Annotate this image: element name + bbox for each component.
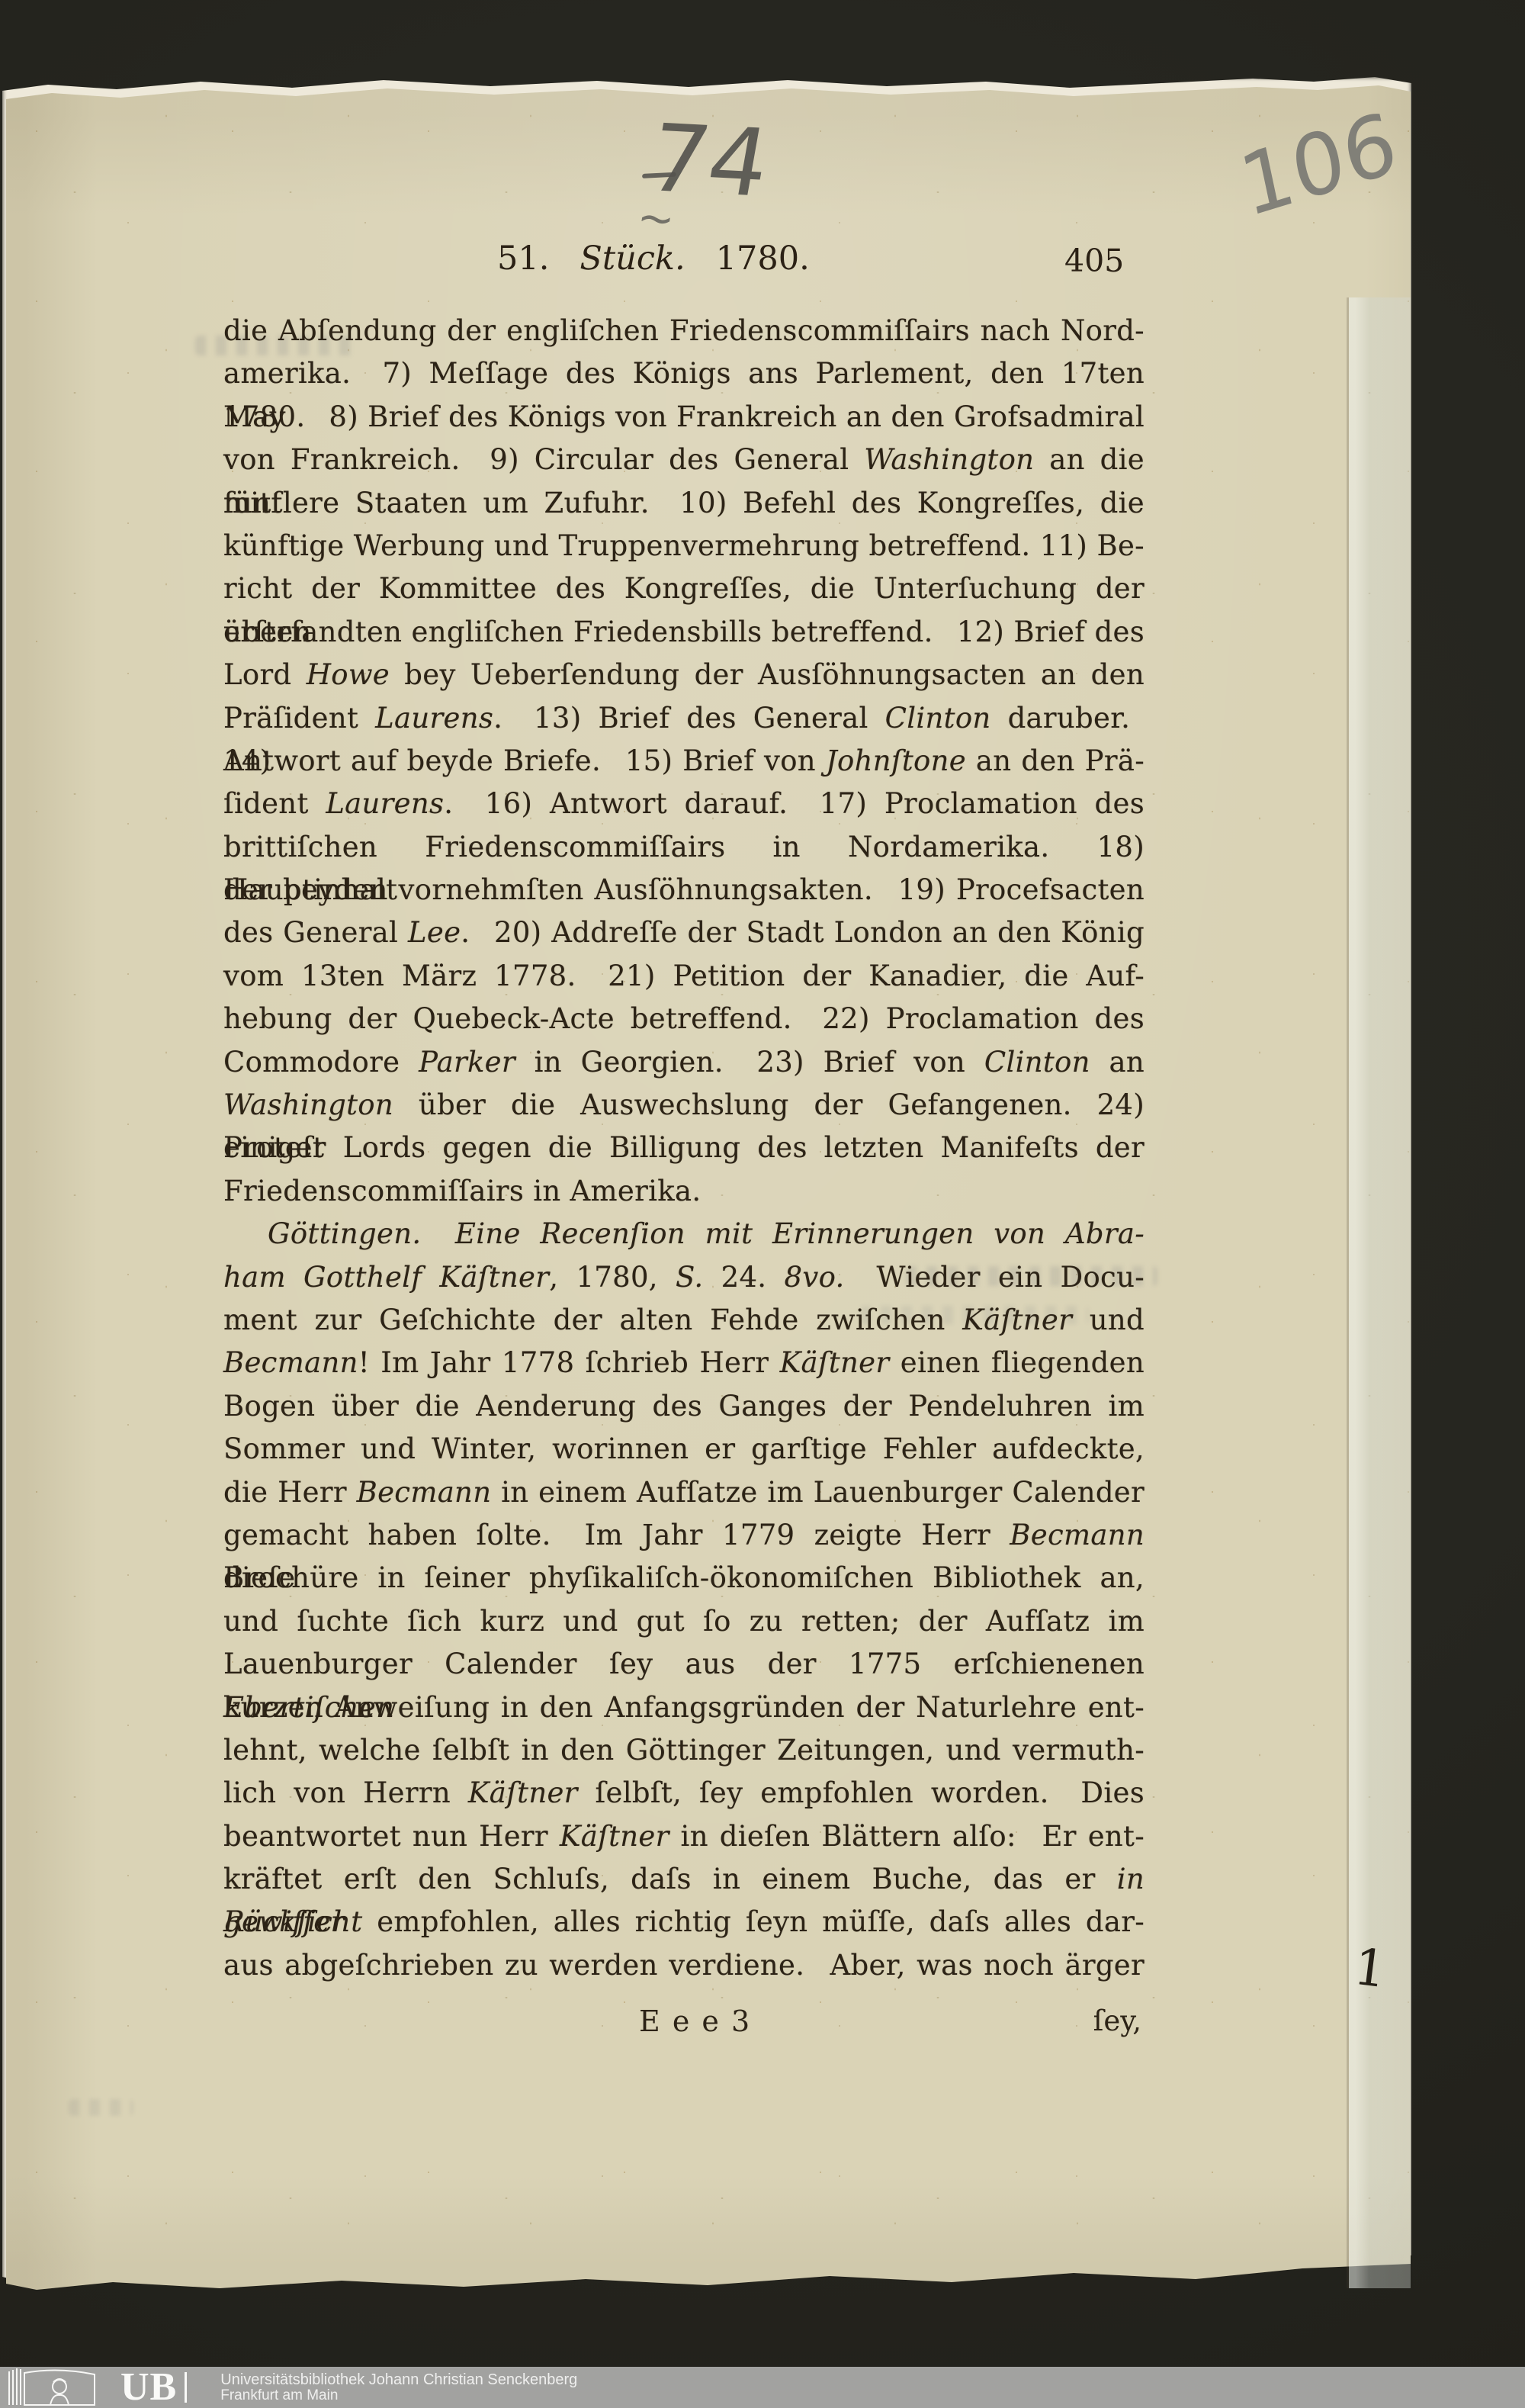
text-segment: hebung der Quebeck-Acte betreffend. 22) … (223, 1002, 1145, 1035)
ub-logo-text: UB (120, 2367, 177, 2408)
running-head: 51. Stück. 1780. (497, 240, 810, 278)
text-line: und ſuchte ſich kurz und gut ſo zu rette… (223, 1600, 1145, 1643)
text-line: brittiſchen Friedenscommiſſairs in Norda… (223, 826, 1145, 869)
text-segment-italic: Becmann (223, 1346, 358, 1379)
text-line: Friedenscommiſſairs in Amerika. (223, 1170, 1145, 1213)
text-line: lehnt, welche ſelbſt in den Göttinger Ze… (223, 1729, 1145, 1772)
text-line: Sommer und Winter, worinnen er garſtige … (223, 1428, 1145, 1471)
text-line: lich von Herrn Käſtner ſelbſt, ſey empfo… (223, 1772, 1145, 1815)
text-segment: Bogen über die Aenderung des Ganges der … (223, 1390, 1145, 1423)
text-line: Präſident Laurens. 13) Brief des General… (223, 697, 1145, 740)
text-line: 1780. 8) Brief des Königs von Frankreich… (223, 396, 1145, 439)
text-segment: der beyden vornehmſten Ausſöhnungsakten.… (223, 873, 1145, 906)
text-segment: die Abſendung der engliſchen Friedenscom… (223, 314, 1145, 347)
text-segment: Lord (223, 658, 307, 691)
text-segment: Sommer und Winter, worinnen er garſtige … (223, 1432, 1145, 1465)
library-footer-bar: UB Universitätsbibliothek Johann Christi… (0, 2367, 1525, 2408)
library-name-line2: Frankfurt am Main (220, 2388, 577, 2403)
text-line: ham Gotthelf Käſtner, 1780, S. 24. 8vo. … (223, 1256, 1145, 1299)
text-segment-italic: Becmann (357, 1476, 492, 1509)
issue-number: 51. (497, 240, 549, 278)
text-segment-italic: ham Gotthelf Käſtner (223, 1261, 549, 1294)
library-name: Universitätsbibliothek Johann Christian … (220, 2372, 577, 2403)
sheet-signature: E e e 3 (639, 2005, 751, 2038)
text-line: Rückſicht empfohlen, alles richtig ſeyn … (223, 1901, 1145, 1943)
text-segment: Commodore (223, 1046, 419, 1079)
library-emblem-icon (5, 2367, 119, 2408)
text-line: amerika. 7) Meſſage des Königs ans Parle… (223, 352, 1145, 395)
text-segment-italic: S. (676, 1261, 703, 1294)
text-line: Washington über die Auswechslung der Gef… (223, 1084, 1145, 1127)
text-segment: in dieſen Blättern alſo: Er ent- (669, 1820, 1145, 1853)
text-segment-italic: Laurens (375, 702, 493, 735)
text-segment: Lauenburger Calender ſey aus der 1775 er… (223, 1648, 1145, 1680)
text-line: vom 13ten März 1778. 21) Petition der Ka… (223, 955, 1145, 998)
library-logo: UB (0, 2367, 187, 2408)
text-segment: Präſident (223, 702, 375, 735)
handwritten-squiggle: ~ (634, 190, 679, 246)
text-segment: ment zur Geſchichte der alten Fehde zwiſ… (223, 1304, 962, 1336)
text-segment: überſandten engliſchen Friedensbills bet… (223, 616, 1145, 648)
text-line: die Abſendung der engliſchen Friedenscom… (223, 310, 1145, 352)
text-segment: einen fliegenden (889, 1346, 1145, 1379)
text-line: ment zur Geſchichte der alten Fehde zwiſ… (223, 1299, 1145, 1342)
text-segment: einiger Lords gegen die Billigung des le… (223, 1131, 1145, 1164)
text-line: von Frankreich. 9) Circular des General … (223, 439, 1145, 481)
text-line: kräftet erſt den Schluſs, daſs in einem … (223, 1858, 1145, 1901)
text-segment-italic: Laurens (326, 787, 444, 820)
text-line: die Herr Becmann in einem Aufſatze im La… (223, 1471, 1145, 1514)
library-name-line1: Universitätsbibliothek Johann Christian … (220, 2372, 577, 2388)
text-line: Bogen über die Aenderung des Ganges der … (223, 1385, 1145, 1428)
text-line: Antwort auf beyde Briefe. 15) Brief von … (223, 740, 1145, 783)
text-segment: Wieder ein Docu- (845, 1261, 1145, 1294)
text-line: künftige Werbung und Truppenvermehrung b… (223, 525, 1145, 567)
text-segment-italic: Clinton (885, 702, 991, 735)
text-segment: aus abgeſchrieben zu werden verdiene. Ab… (223, 1949, 1145, 1982)
text-line: einiger Lords gegen die Billigung des le… (223, 1127, 1145, 1169)
text-line: Commodore Parker in Georgien. 23) Brief … (223, 1041, 1145, 1084)
text-segment: ! Im Jahr 1778 ſchrieb Herr (358, 1346, 780, 1379)
text-line: kurzen Anweiſung in den Anfangsgründen d… (223, 1686, 1145, 1729)
text-segment: . 16) Antwort darauf. 17) Proclamation d… (444, 787, 1145, 820)
body-text: die Abſendung der engliſchen Friedenscom… (223, 310, 1145, 1987)
text-segment-italic: Käſtner (780, 1346, 890, 1379)
text-line: der beyden vornehmſten Ausſöhnungsakten.… (223, 869, 1145, 911)
text-segment: , 1780, (549, 1261, 676, 1294)
text-segment-italic: Parker (419, 1046, 515, 1079)
text-segment: ſelbſt, ſey empfohlen worden. Dies (578, 1776, 1145, 1809)
text-segment: vom 13ten März 1778. 21) Petition der Ka… (223, 960, 1145, 992)
text-line: Brochüre in ſeiner phyſikaliſch-ökonomiſ… (223, 1557, 1145, 1599)
text-line: beantwortet nun Herr Käſtner in dieſen B… (223, 1815, 1145, 1858)
text-segment-italic: Becmann (1010, 1519, 1145, 1551)
text-segment: an (1090, 1046, 1145, 1079)
text-segment: bey Ueberſendung der Ausſöhnungsacten an… (390, 658, 1145, 691)
text-segment-italic: Washington (864, 443, 1034, 476)
text-segment-italic: Göttingen. Eine Recenſion mit Erinnerung… (268, 1217, 1145, 1250)
text-segment: die Herr (223, 1476, 357, 1509)
text-line: Becmann! Im Jahr 1778 ſchrieb Herr Käſtn… (223, 1342, 1145, 1384)
text-line: Lord Howe bey Ueberſendung der Ausſöhnun… (223, 654, 1145, 696)
text-segment: Friedenscommiſſairs in Amerika. (223, 1175, 701, 1207)
text-segment: lehnt, welche ſelbſt in den Göttinger Ze… (223, 1734, 1145, 1767)
text-segment: des General (223, 916, 408, 949)
text-segment-italic: Johnſtone (826, 744, 966, 777)
text-segment: lich von Herrn (223, 1776, 468, 1809)
text-segment-italic: Lee (408, 916, 461, 949)
text-segment: von Frankreich. 9) Circular des General (223, 443, 864, 476)
text-segment: in Georgien. 23) Brief von (515, 1046, 984, 1079)
text-line: ſident Laurens. 16) Antwort darauf. 17) … (223, 783, 1145, 825)
text-segment: . 13) Brief des General (493, 702, 885, 735)
text-segment-italic: Rückſicht (223, 1905, 362, 1938)
text-segment: und (1072, 1304, 1145, 1336)
text-segment: in einem Aufſatze im Lauenburger Calende… (491, 1476, 1145, 1509)
text-line: Lauenburger Calender ſey aus der 1775 er… (223, 1643, 1145, 1686)
text-segment: mittlere Staaten um Zufuhr. 10) Befehl d… (223, 487, 1145, 519)
text-line: gemacht haben ſolte. Im Jahr 1779 zeigte… (223, 1514, 1145, 1557)
text-segment: 24. (703, 1261, 784, 1294)
text-segment-italic: Käſtner (560, 1820, 669, 1853)
text-segment: . 20) Addreſſe der Stadt London an den K… (461, 916, 1145, 949)
text-segment-italic: Käſtner (962, 1304, 1072, 1336)
logo-separator (185, 2372, 187, 2403)
text-segment: Antwort auf beyde Briefe. 15) Brief von (223, 744, 826, 777)
text-line: mittlere Staaten um Zufuhr. 10) Befehl d… (223, 482, 1145, 525)
text-line: richt der Kommittee des Kongreſſes, die … (223, 567, 1145, 610)
text-segment: beantwortet nun Herr (223, 1820, 560, 1853)
text-line: aus abgeſchrieben zu werden verdiene. Ab… (223, 1944, 1145, 1987)
text-segment: künftige Werbung und Truppenvermehrung b… (223, 529, 1145, 562)
bleedthrough-smudge (69, 2099, 133, 2116)
catchword: ſey, (1093, 2005, 1141, 2037)
text-segment-italic: Käſtner (468, 1776, 578, 1809)
text-line: hebung der Quebeck-Acte betreffend. 22) … (223, 998, 1145, 1040)
scanned-page-view: 51. Stück. 1780. 405 die Abſendung der e… (0, 0, 1525, 2408)
text-segment-italic: Howe (307, 658, 390, 691)
text-segment: gemacht haben ſolte. Im Jahr 1779 zeigte… (223, 1519, 1010, 1551)
text-line: überſandten engliſchen Friedensbills bet… (223, 611, 1145, 654)
text-segment: Brochüre in ſeiner phyſikaliſch-ökonomiſ… (223, 1561, 1145, 1594)
text-segment: empfohlen, alles richtig ſeyn müſſe, daſ… (362, 1905, 1145, 1938)
text-segment: 1780. 8) Brief des Königs von Frankreich… (223, 400, 1145, 433)
text-segment-italic: 8vo. (785, 1261, 845, 1294)
text-line: des General Lee. 20) Addreſſe der Stadt … (223, 911, 1145, 954)
text-segment-italic: Clinton (984, 1046, 1090, 1079)
text-segment-italic: Washington (223, 1088, 393, 1121)
text-segment: und ſuchte ſich kurz und gut ſo zu rette… (223, 1605, 1145, 1638)
text-segment: an den Prä- (966, 744, 1145, 777)
text-segment: kräftet erſt den Schluſs, daſs in einem … (223, 1863, 1117, 1895)
text-line: Göttingen. Eine Recenſion mit Erinnerung… (223, 1213, 1145, 1255)
issue-year: 1780. (716, 240, 810, 278)
text-segment: kurzen Anweiſung in den Anfangsgründen d… (223, 1691, 1145, 1724)
signature-line: E e e 3 ſey, (223, 1998, 1145, 2052)
page-number: 405 (1064, 243, 1124, 279)
text-segment: ſident (223, 787, 326, 820)
